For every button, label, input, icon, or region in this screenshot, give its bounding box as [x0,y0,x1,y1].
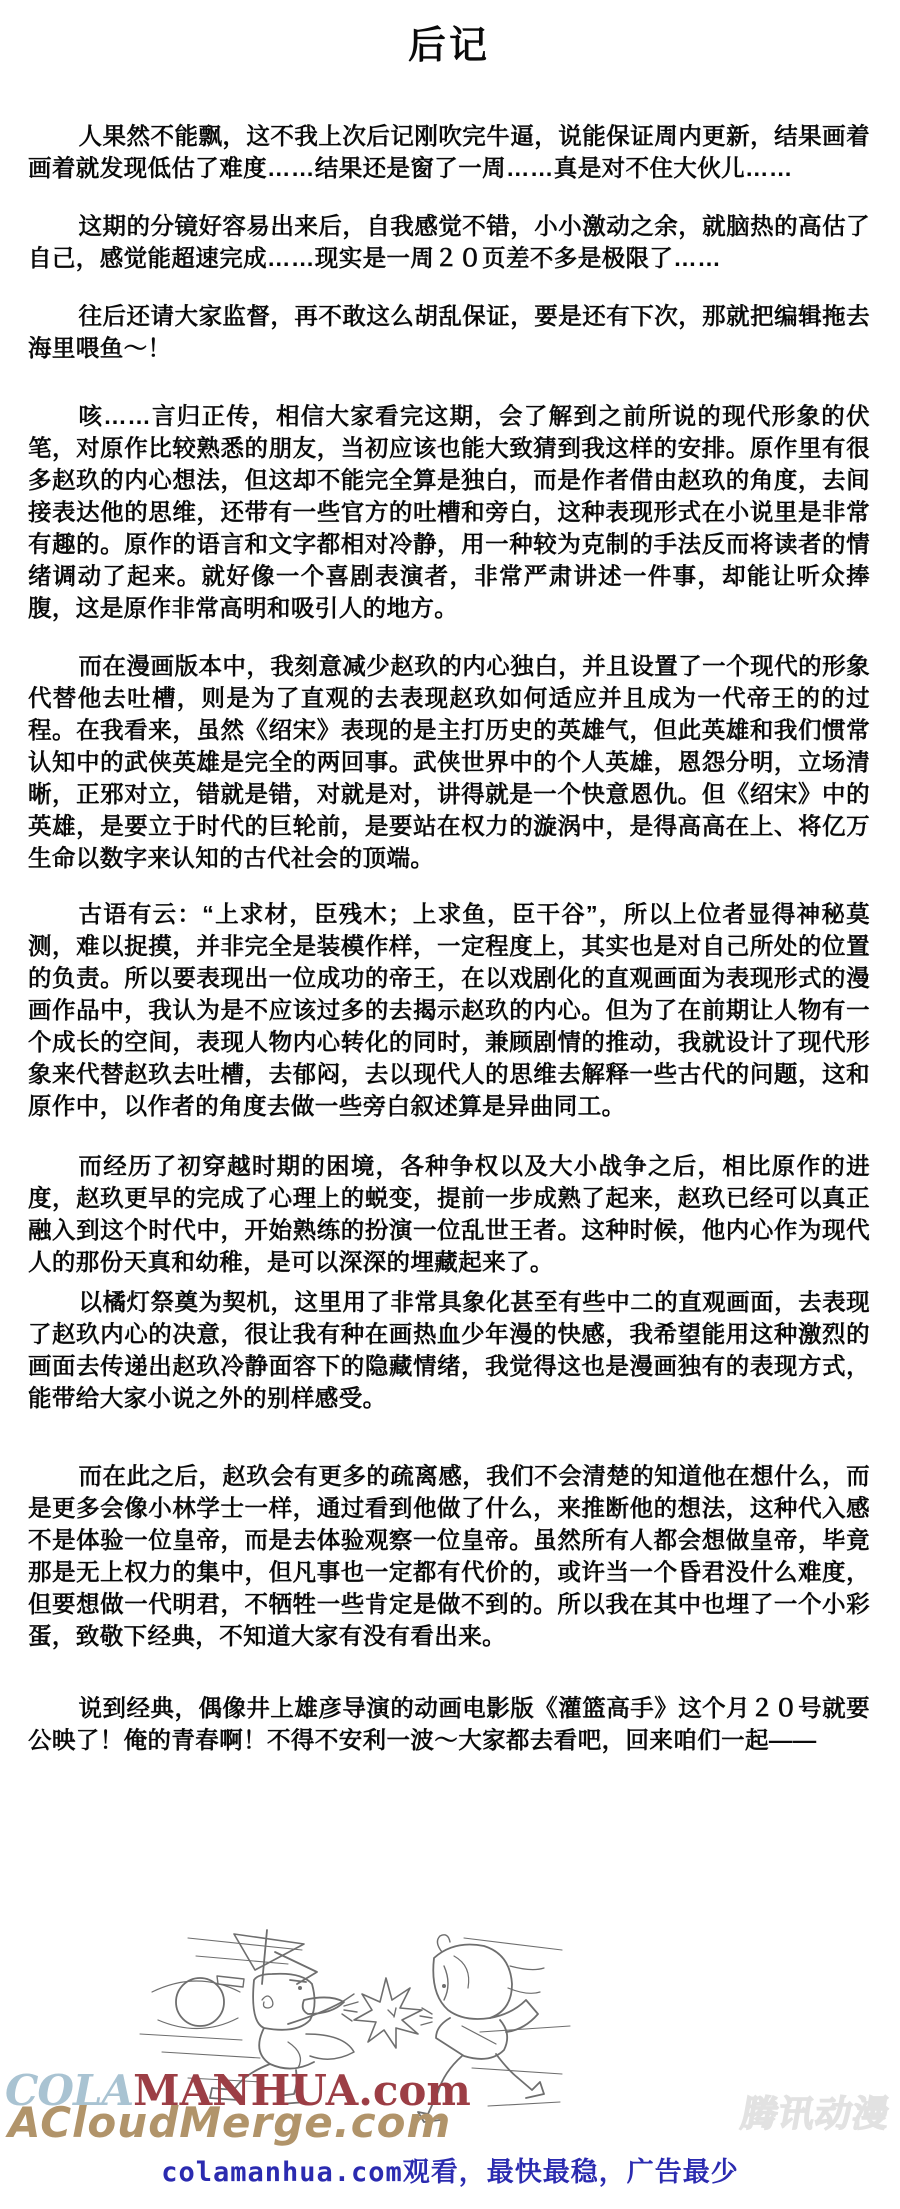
site-promo-footer: colamanhua.com观看，最快最稳，广告最少 [0,2150,900,2189]
watermark-acloudmerge: ACloudMerge.com [8,2098,451,2147]
afterword-paragraph: 而经历了初穿越时期的困境，各种争权以及大小战争之后，相比原作的进度，赵玖更早的完… [28,1150,870,1278]
afterword-page: 后记 人果然不能飘，这不我上次后记刚吹完牛逼，说能保证周内更新，结果画着画着就发… [0,0,900,1756]
afterword-paragraph: 以橘灯祭奠为契机，这里用了非常具象化甚至有些中二的直观画面，去表现了赵玖内心的决… [28,1286,870,1414]
afterword-paragraph: 人果然不能飘，这不我上次后记刚吹完牛逼，说能保证周内更新，结果画着画着就发现低估… [28,120,870,184]
afterword-paragraph: 而在漫画版本中，我刻意减少赵玖的内心独白，并且设置了一个现代的形象代替他去吐槽，… [28,650,870,874]
afterword-paragraph: 古语有云：“上求材，臣残木；上求鱼，臣干谷”，所以上位者显得神秘莫测，难以捉摸，… [28,898,870,1122]
afterword-body: 人果然不能飘，这不我上次后记刚吹完牛逼，说能保证周内更新，结果画着画着就发现低估… [28,120,870,1756]
afterword-paragraph: 往后还请大家监督，再不敢这么胡乱保证，要是还有下次，那就把编辑拖去海里喂鱼～！ [28,300,870,364]
afterword-paragraph: 这期的分镜好容易出来后，自我感觉不错，小小激动之余，就脑热的高估了自己，感觉能超… [28,210,870,274]
tencent-comics-logo: 腾讯动漫 [738,2086,895,2137]
page-title: 后记 [28,0,870,68]
afterword-paragraph: 咳……言归正传，相信大家看完这期，会了解到之前所说的现代形象的伏笔，对原作比较熟… [28,400,870,624]
afterword-paragraph: 而在此之后，赵玖会有更多的疏离感，我们不会清楚的知道他在想什么，而是更多会像小林… [28,1460,870,1652]
afterword-paragraph: 说到经典，偶像井上雄彦导演的动画电影版《灌篮高手》这个月２０号就要公映了！俺的青… [28,1692,870,1756]
